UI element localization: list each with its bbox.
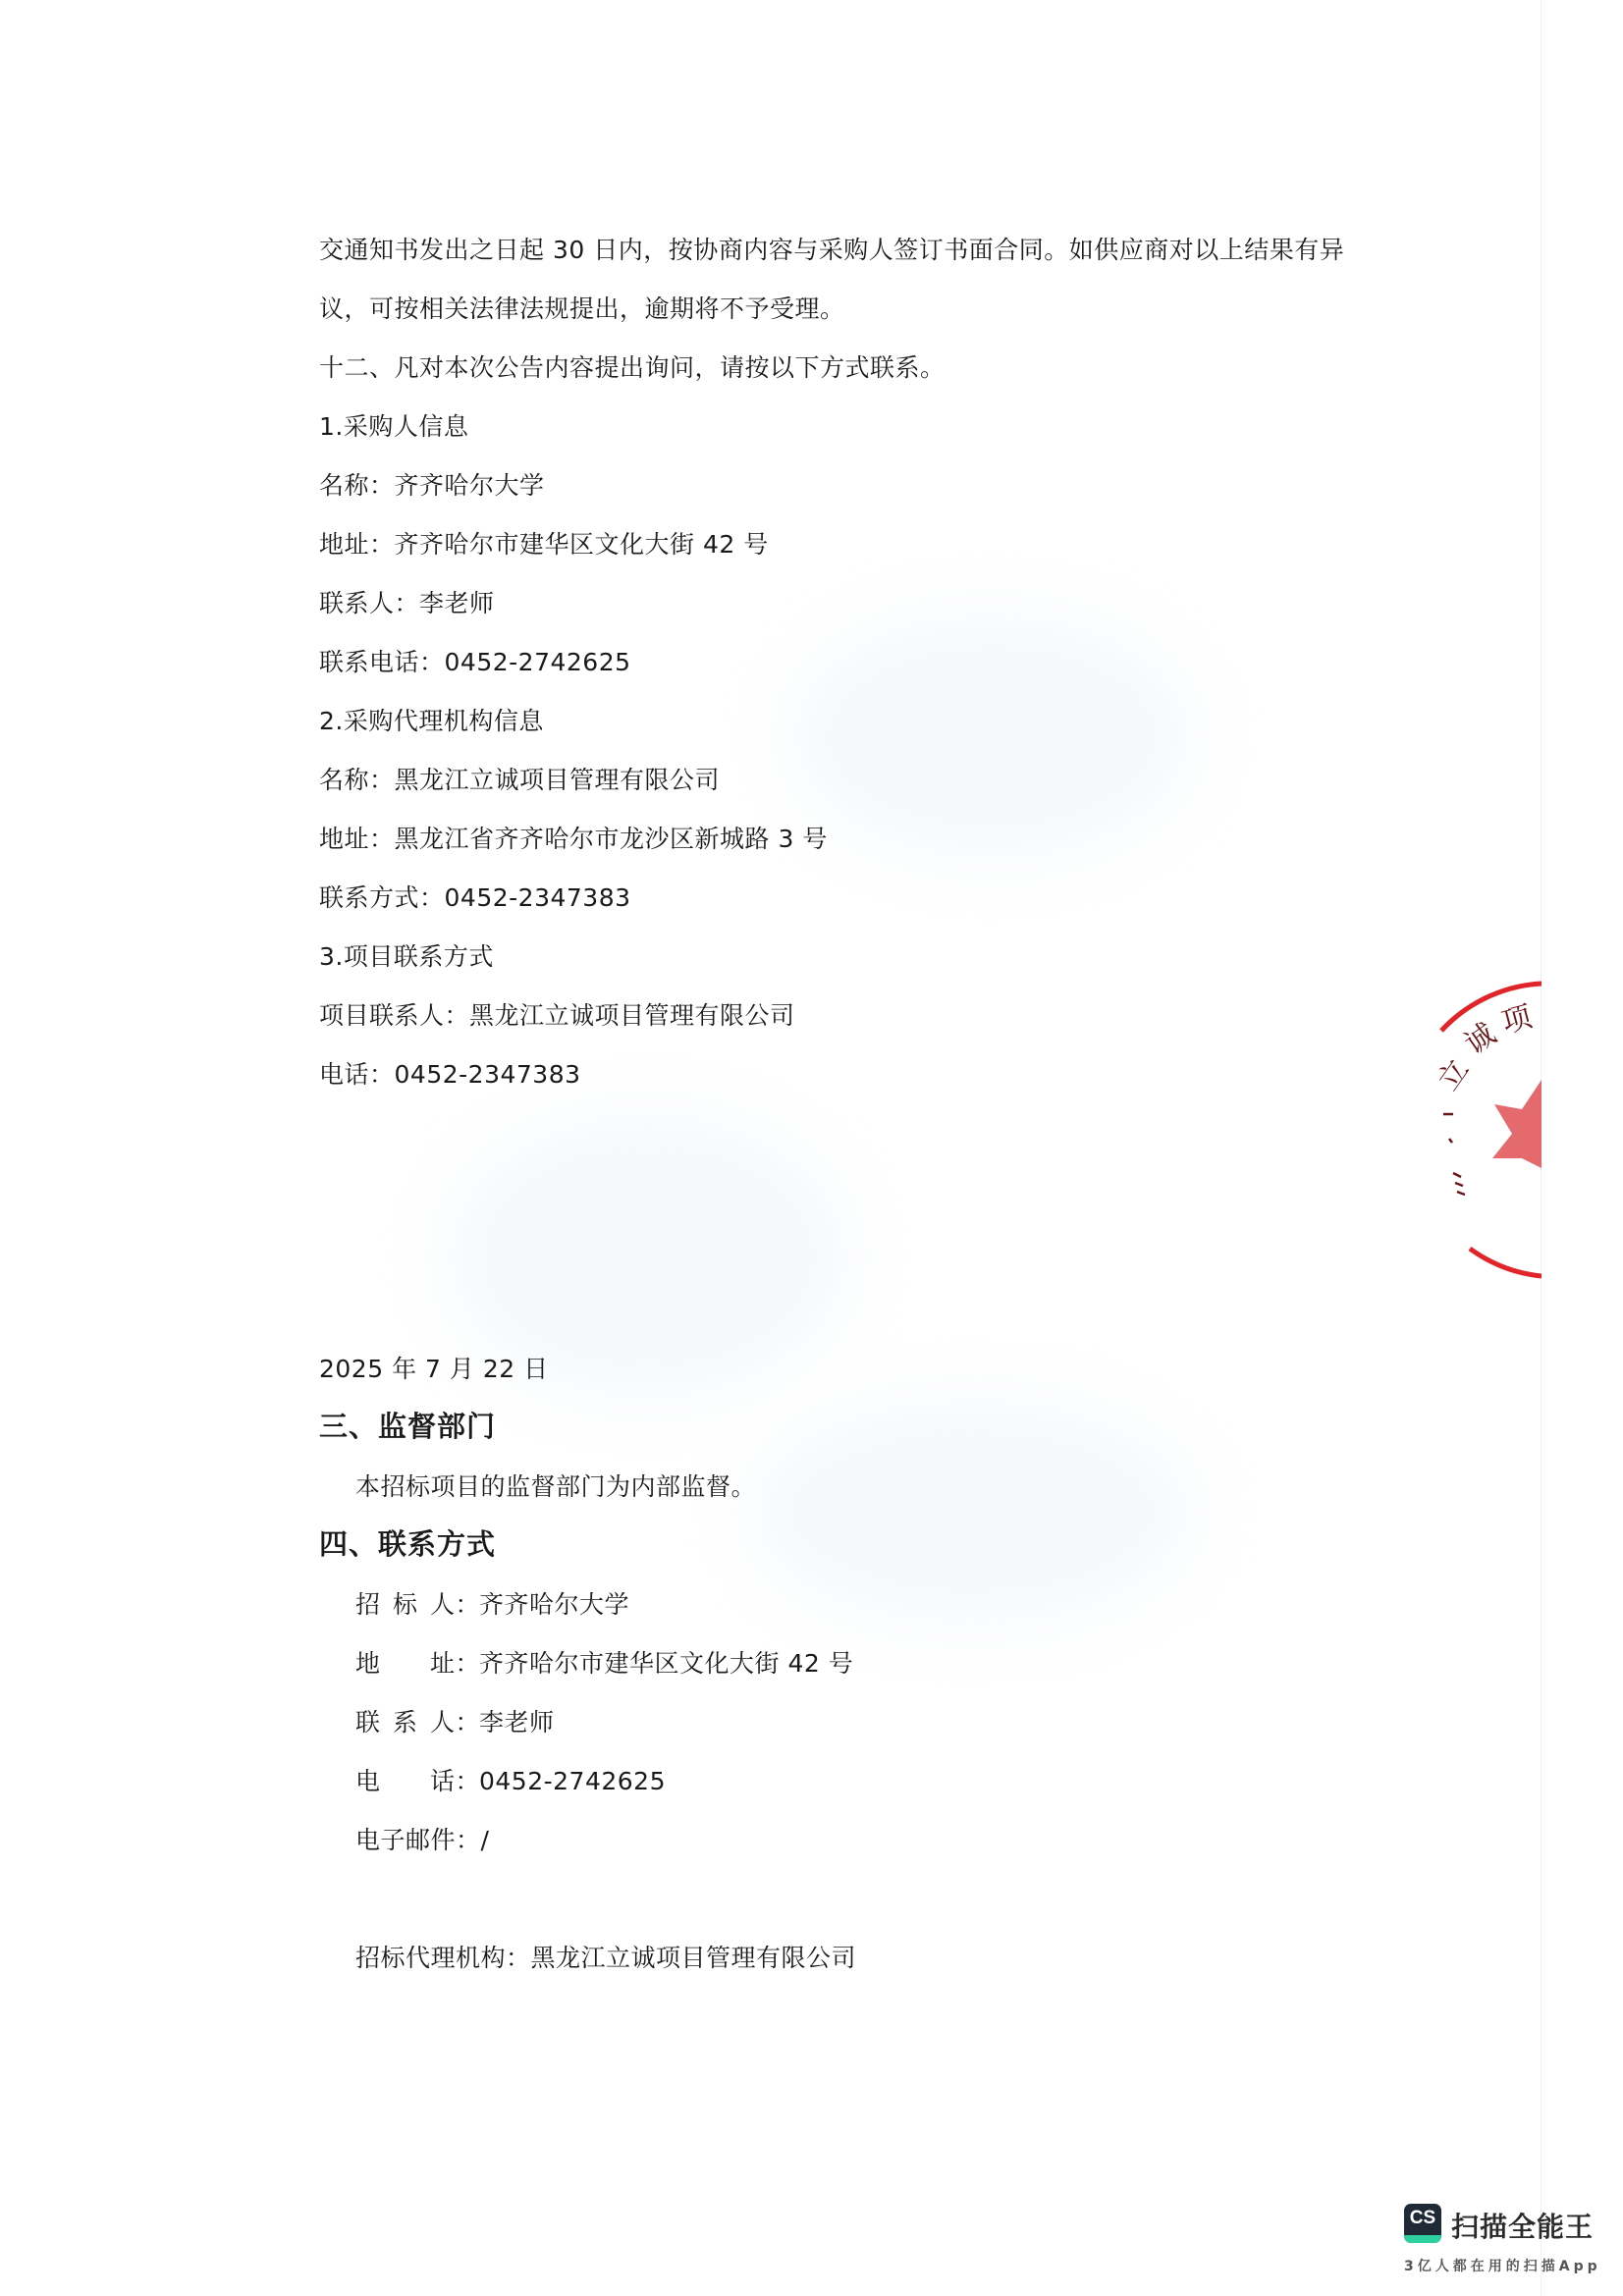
value: / [481,1826,490,1854]
svg-text:诚: 诚 [1458,1017,1502,1062]
project-contact-person-row: 项目联系人：黑龙江立诚项目管理有限公司 [319,1001,795,1031]
value: 齐齐哈尔大学 [479,1590,629,1619]
value: 李老师 [419,589,495,617]
value: 齐齐哈尔市建华区文化大街 42 号 [479,1649,853,1678]
agency-heading: 2.采购代理机构信息 [319,707,544,736]
purchaser-contact-row: 联系人：李老师 [319,589,495,618]
project-contact-phone-row: 电话：0452-2347383 [319,1060,581,1090]
section-12-title: 十二、凡对本次公告内容提出询问，请按以下方式联系。 [319,353,946,383]
label: 联系人： [319,589,419,617]
label: 项目联系人： [319,1001,469,1030]
label: 名称： [319,471,395,500]
agency-contact-row: 联系方式：0452-2347383 [319,883,631,913]
value: 黑龙江立诚项目管理有限公司 [395,766,721,794]
tenderer-row: 招标人： 齐齐哈尔大学 [355,1590,629,1620]
value: 0452-2742625 [479,1767,666,1795]
label: 联系人： [355,1708,479,1737]
address-row: 地址： 齐齐哈尔市建华区文化大街 42 号 [355,1649,853,1679]
label: 地址： [355,1649,479,1679]
svg-text:项: 项 [1498,999,1537,1041]
purchaser-phone-row: 联系电话：0452-2742625 [319,648,631,677]
purchaser-name-row: 名称：齐齐哈尔大学 [319,471,545,501]
label: 地址： [319,530,395,559]
value: 0452-2347383 [445,883,631,912]
label: 联系方式： [319,883,445,912]
document-date: 2025 年 7 月 22 日 [319,1355,549,1384]
project-contact-heading: 3.项目联系方式 [319,942,494,972]
paragraph-line: 交通知书发出之日起 30 日内，按协商内容与采购人签订书面合同。如供应商对以上结… [319,236,1344,265]
watermark-tagline: 3亿人都在用的扫描App [1404,2256,1601,2275]
label: 电话： [319,1060,395,1089]
value: 齐齐哈尔大学 [395,471,545,500]
star-icon [1492,1080,1542,1168]
scan-shading [746,1394,1198,1629]
label: 电子邮件： [355,1826,481,1854]
value: 黑龙江省齐齐哈尔市龙沙区新城路 3 号 [395,825,828,853]
contact-row: 联系人： 李老师 [355,1708,555,1737]
purchaser-heading: 1.采购人信息 [319,412,468,442]
watermark-brand: 扫描全能王 [1451,2206,1594,2245]
label: 地址： [319,825,395,853]
paragraph-line: 议，可按相关法律法规提出，逾期将不予受理。 [319,294,845,324]
section-3-body: 本招标项目的监督部门为内部监督。 [355,1472,756,1502]
company-seal: 立 诚 项 [1414,972,1542,1296]
scan-shading [785,609,1198,864]
value: 黑龙江立诚项目管理有限公司 [531,1944,857,1972]
label: 招标人： [355,1590,479,1620]
purchaser-address-row: 地址：齐齐哈尔市建华区文化大街 42 号 [319,530,769,560]
camscanner-logo-icon: CS [1404,2204,1441,2243]
label: 电话： [355,1767,479,1796]
agency-address-row: 地址：黑龙江省齐齐哈尔市龙沙区新城路 3 号 [319,825,828,854]
svg-text:立: 立 [1431,1053,1476,1097]
phone-row: 电话： 0452-2742625 [355,1767,666,1796]
value: 0452-2742625 [445,648,631,676]
value: 李老师 [479,1708,555,1736]
agency-name-row: 名称：黑龙江立诚项目管理有限公司 [319,766,720,795]
email-row: 电子邮件：/ [355,1826,489,1855]
label: 名称： [319,766,395,794]
section-4-title: 四、联系方式 [319,1529,496,1559]
label: 联系电话： [319,648,445,676]
value: 齐齐哈尔市建华区文化大街 42 号 [395,530,769,559]
section-3-title: 三、监督部门 [319,1412,496,1441]
value: 0452-2347383 [395,1060,581,1089]
label: 招标代理机构： [355,1944,531,1972]
value: 黑龙江立诚项目管理有限公司 [469,1001,795,1030]
tender-agency-row: 招标代理机构：黑龙江立诚项目管理有限公司 [355,1944,856,1973]
